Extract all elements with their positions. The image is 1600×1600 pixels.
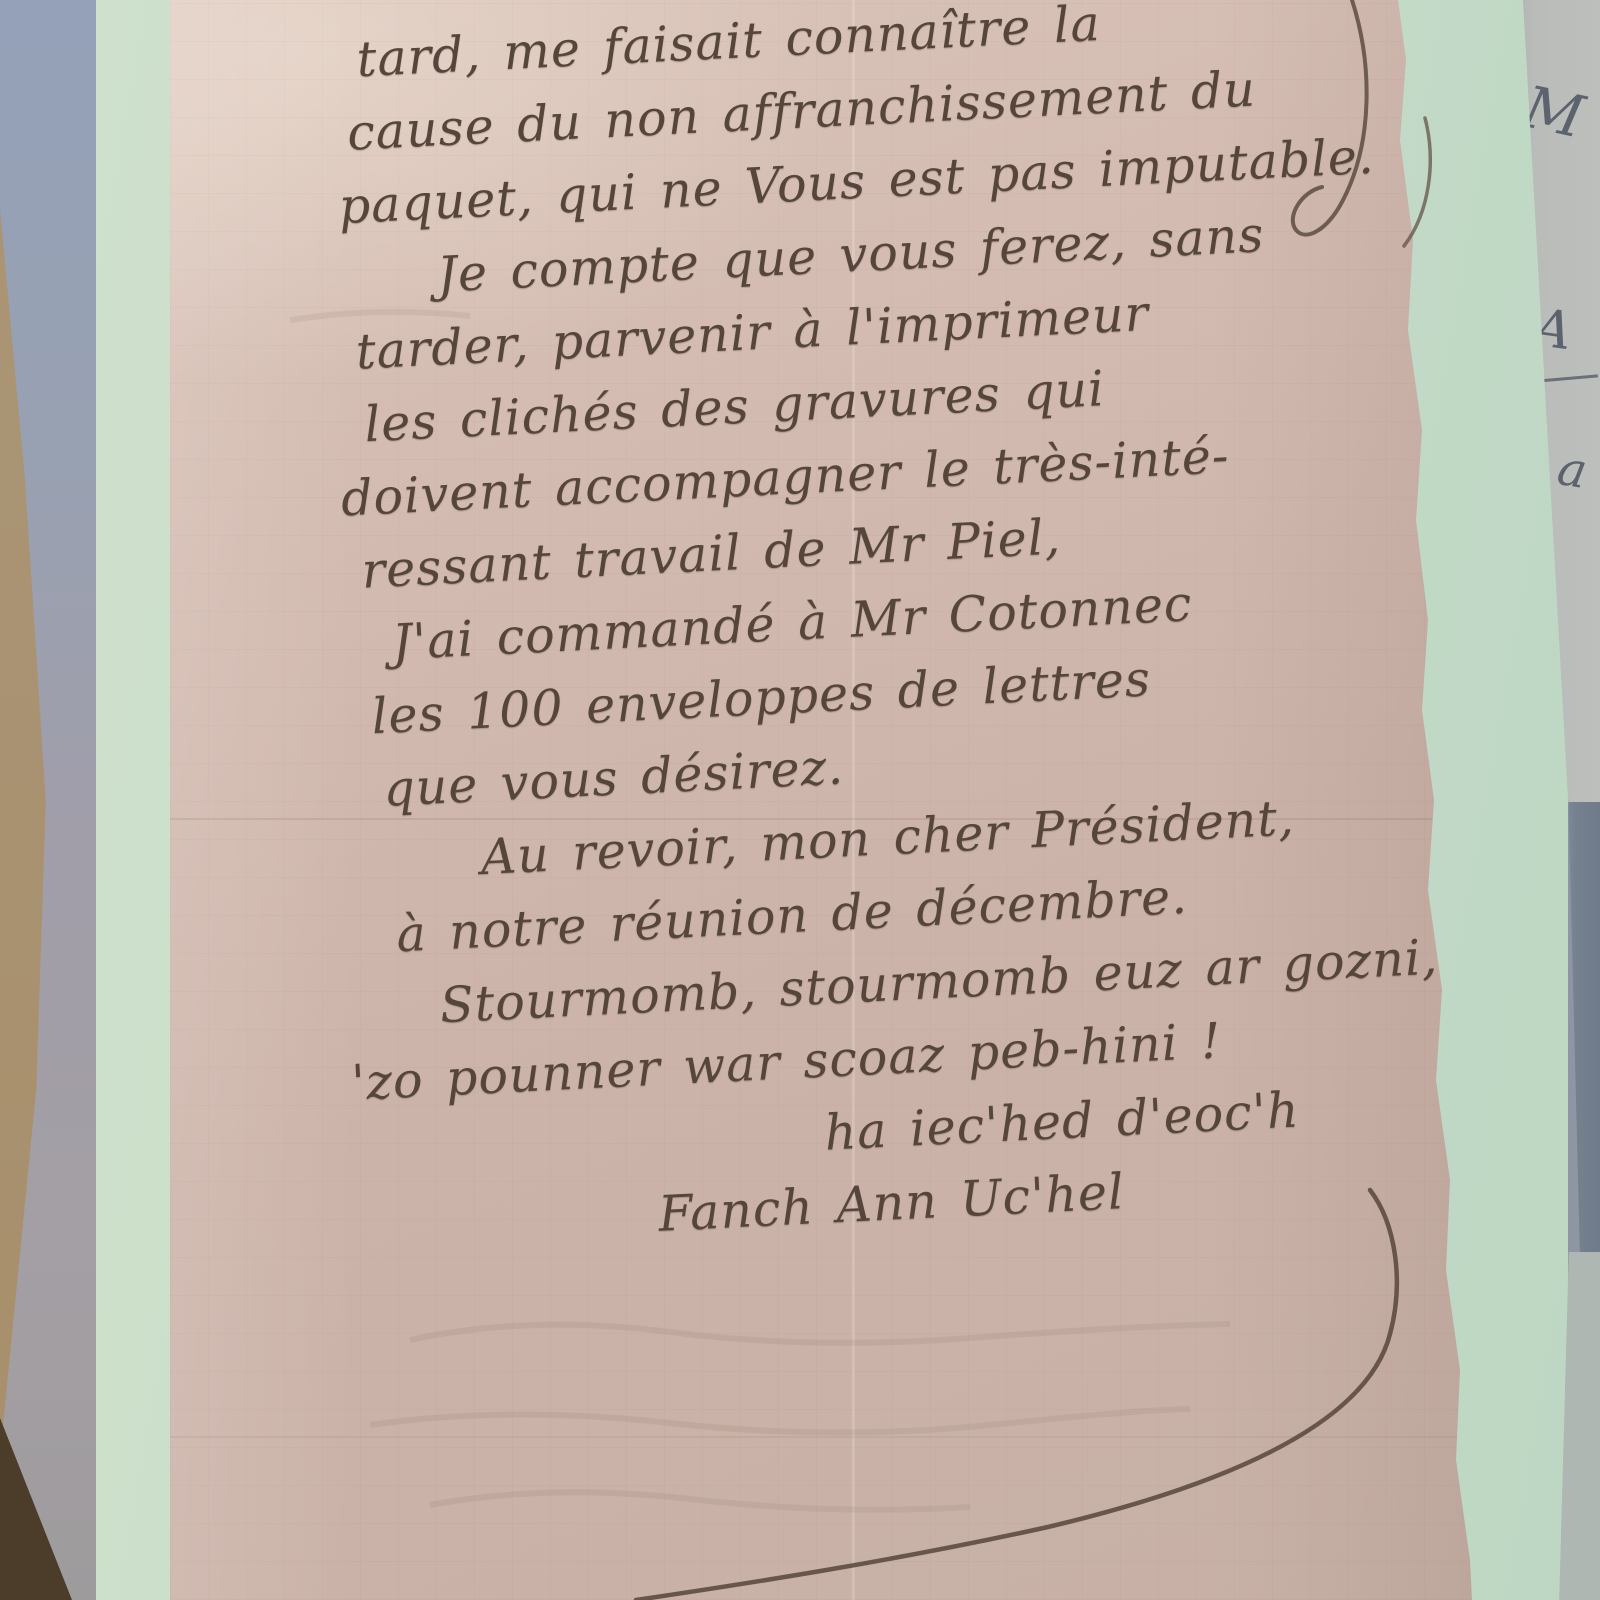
letter-photo: M A a tard, me faisait connaître la caus… [0, 0, 1600, 1600]
letter-sheet: tard, me faisait connaître la cause du n… [170, 0, 1500, 1600]
letter-text: tard, me faisait connaître la cause du n… [300, 0, 1539, 1266]
handwriting-fragment-a-lower: a [1553, 440, 1591, 500]
horizontal-fold-crease-lower [170, 1436, 1500, 1438]
